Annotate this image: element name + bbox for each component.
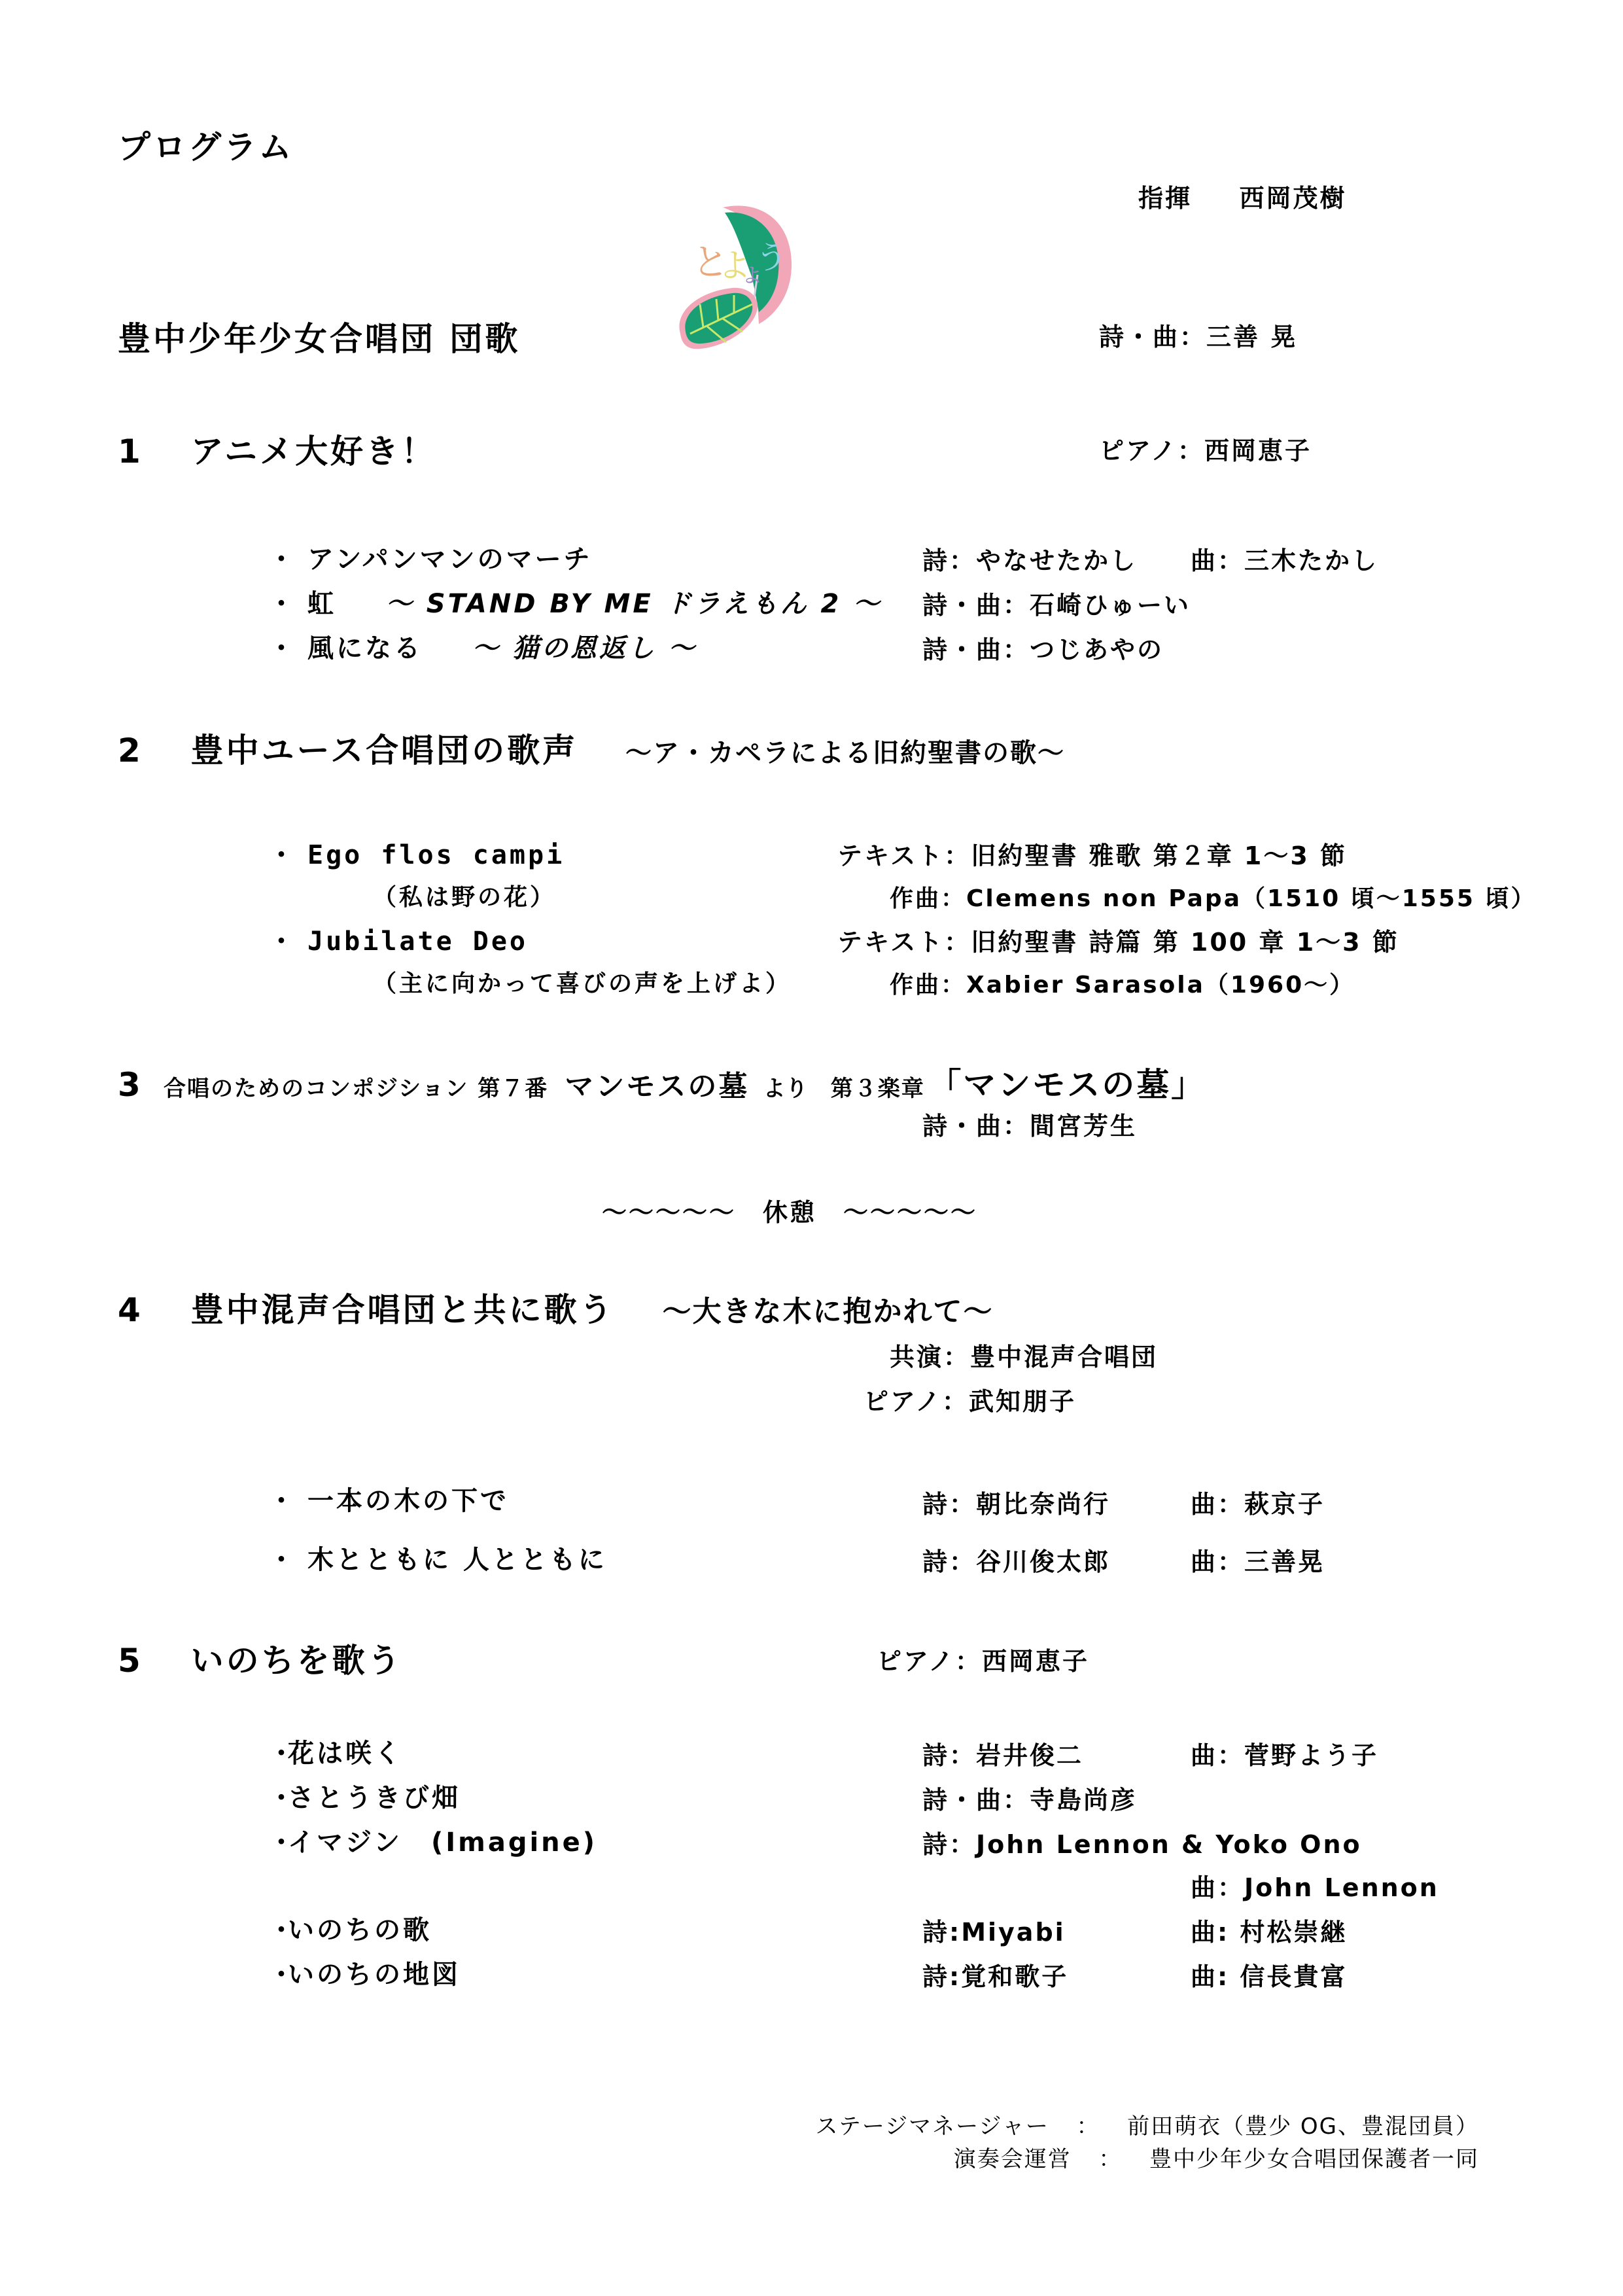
- song-item: ・いのちの歌: [268, 1909, 432, 1947]
- song-title: アンパンマンのマーチ: [307, 544, 593, 574]
- section-title: 豊中混声合唱団と共に歌う: [191, 1291, 615, 1329]
- song-music: 曲：萩京子: [1191, 1484, 1325, 1520]
- song-music: 曲：菅野よう子: [1191, 1735, 1378, 1771]
- section-4-piano: ピアノ：武知朋子: [864, 1381, 1076, 1417]
- song-item: ・風になる ～ 猫の恩返し ～: [268, 627, 697, 665]
- song-title: 虹: [307, 589, 336, 619]
- section-title-from: より: [763, 1076, 808, 1102]
- song-title: 風になる: [307, 633, 423, 663]
- song-title: Jubilate Deo: [307, 927, 528, 957]
- song-item: ・木とともに 人とともに: [268, 1539, 607, 1576]
- section-subtitle: ～大きな木に抱かれて～: [662, 1295, 993, 1328]
- section-title: いのちを歌う: [191, 1642, 403, 1680]
- section-5-piano: ピアノ：西岡恵子: [877, 1641, 1089, 1677]
- song-lyrics: 詩：John Lennon & Yoko Ono: [922, 1824, 1362, 1860]
- song-item: ・虹 ～ STAND BY ME ドラえもん 2 ～: [268, 583, 882, 620]
- footer-stage-manager: ステージマネージャー ： 前田萌衣（豊少 OG、豊混団員）: [816, 2108, 1479, 2140]
- song-item: ・アンパンマンのマーチ: [268, 539, 593, 576]
- song-title: さとうきび畑: [288, 1783, 461, 1813]
- song-music: 曲：三善晃: [1191, 1542, 1325, 1578]
- song-text-source: テキスト：旧約聖書 詩篇 第 100 章 1～3 節: [837, 922, 1399, 958]
- song-title: いのちの歌: [288, 1915, 432, 1945]
- song-subtitle: ～ STAND BY ME ドラえもん 2 ～: [386, 589, 882, 619]
- section-title: 豊中ユース合唱団の歌声: [191, 732, 578, 769]
- song-title: いのちの地図: [288, 1960, 461, 1990]
- anthem-credit: 詩・曲：三善 晃: [1099, 317, 1297, 353]
- conductor-name: 西岡茂樹: [1239, 184, 1346, 213]
- section-number: 1: [118, 433, 143, 470]
- section-1-piano: ピアノ：西岡恵子: [1099, 431, 1312, 467]
- song-subtitle: ～ 猫の恩返し ～: [472, 633, 697, 663]
- section-movement: 第３楽章: [831, 1076, 925, 1102]
- choir-logo: と よ ょ う: [661, 193, 805, 357]
- song-title: 木とともに 人とともに: [307, 1545, 607, 1575]
- song-music: 曲: 村松崇継: [1191, 1912, 1347, 1948]
- section-title-main: マンモスの墓: [565, 1070, 749, 1103]
- conductor-label: 指揮: [1138, 184, 1192, 213]
- song-lyrics: 詩：岩井俊二: [922, 1735, 1083, 1771]
- song-title: 一本の木の下で: [307, 1486, 509, 1516]
- song-text-source: テキスト：旧約聖書 雅歌 第２章 1～3 節: [837, 836, 1347, 872]
- song-composer: 作曲：Xabier Sarasola（1960～）: [890, 966, 1355, 1000]
- song-translation: （私は野の花）: [373, 879, 556, 912]
- footer-label: ステージマネージャー: [816, 2113, 1049, 2140]
- footer-value: 前田萌衣（豊少 OG、豊混団員）: [1127, 2113, 1479, 2140]
- song-item: ・花は咲く: [268, 1733, 403, 1770]
- song-title: イマジン (Imagine): [288, 1828, 597, 1858]
- song-item: ・Ego flos campi: [268, 834, 565, 872]
- section-title: アニメ大好き！: [191, 433, 437, 470]
- section-5-heading: 5 いのちを歌う: [118, 1634, 403, 1682]
- song-item: ・イマジン (Imagine): [268, 1822, 597, 1859]
- section-3-heading: 3 合唱のためのコンポジション 第７番 マンモスの墓 より 第３楽章 「マンモス…: [118, 1059, 1206, 1106]
- conductor: 指揮 西岡茂樹: [1138, 178, 1347, 214]
- song-music: 曲: 信長貴富: [1191, 1956, 1347, 1992]
- song-item: ・さとうきび畑: [268, 1777, 461, 1814]
- song-credit: 詩・曲：石崎ひゅーい: [922, 585, 1191, 621]
- song-lyrics: 詩：谷川俊太郎: [922, 1542, 1110, 1578]
- song-title: 花は咲く: [288, 1739, 403, 1769]
- footer-value: 豊中少年少女合唱団保護者一同: [1149, 2146, 1479, 2172]
- co-performer: 共演：豊中混声合唱団: [890, 1337, 1158, 1373]
- song-title: Ego flos campi: [307, 840, 565, 870]
- section-4-heading: 4 豊中混声合唱団と共に歌う ～大きな木に抱かれて～: [118, 1284, 993, 1331]
- section-3-credit: 詩・曲：間宮芳生: [922, 1106, 1137, 1142]
- song-lyrics: 詩：やなせたかし: [922, 540, 1137, 576]
- page-title: プログラム: [118, 121, 294, 168]
- logo-note-leaf-icon: と よ ょ う: [661, 193, 805, 357]
- footer-label: 演奏会運営: [954, 2146, 1072, 2172]
- section-movement-title: 「マンモスの墓」: [928, 1066, 1206, 1104]
- song-lyrics: 詩:Miyabi: [922, 1912, 1066, 1948]
- anthem-title: 豊中少年少女合唱団 団歌: [118, 313, 520, 360]
- section-number: 5: [118, 1642, 143, 1680]
- section-1-heading: 1 アニメ大好き！: [118, 425, 436, 472]
- song-credit: 詩・曲：寺島尚彦: [922, 1780, 1137, 1816]
- song-credit: 詩・曲：つじあやの: [922, 629, 1164, 665]
- section-number: 4: [118, 1291, 143, 1329]
- song-lyrics: 詩:覚和歌子: [922, 1956, 1068, 1992]
- intermission: ～～～～～ 休憩 ～～～～～: [602, 1192, 977, 1228]
- section-number: 2: [118, 732, 143, 769]
- section-2-heading: 2 豊中ユース合唱団の歌声 ～ア・カペラによる旧約聖書の歌～: [118, 724, 1065, 771]
- song-music: 曲：John Lennon: [1191, 1867, 1439, 1903]
- footer-management: 演奏会運営 ： 豊中少年少女合唱団保護者一同: [954, 2141, 1479, 2173]
- song-lyrics: 詩：朝比奈尚行: [922, 1484, 1110, 1520]
- section-title-prefix: 合唱のためのコンポジション 第７番: [164, 1076, 548, 1102]
- song-composer: 作曲：Clemens non Papa（1510 頃～1555 頃）: [890, 880, 1536, 913]
- song-music: 曲：三木たかし: [1191, 540, 1378, 576]
- song-item: ・Jubilate Deo: [268, 921, 528, 958]
- svg-text:う: う: [756, 239, 787, 276]
- song-item: ・一本の木の下で: [268, 1480, 509, 1517]
- section-subtitle: ～ア・カペラによる旧約聖書の歌～: [625, 738, 1065, 768]
- section-number: 3: [118, 1066, 143, 1104]
- song-translation: （主に向かって喜びの声を上げよ）: [373, 965, 792, 998]
- song-item: ・いのちの地図: [268, 1954, 461, 1991]
